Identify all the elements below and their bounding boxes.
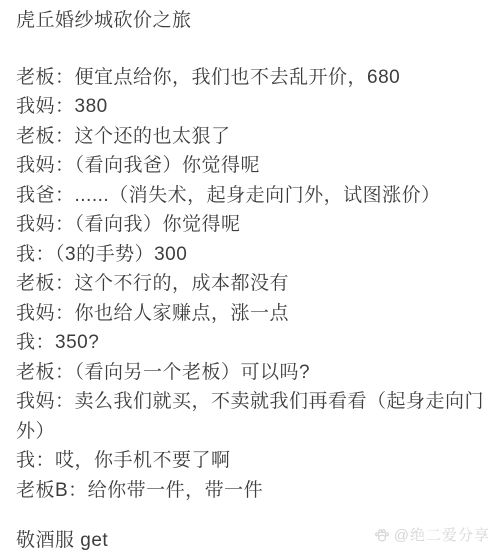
dialogue-line: 我爸：......（消失术，起身走向门外，试图涨价） [16,181,486,211]
dialogue-line: 我妈：（看向我）你觉得呢 [16,210,486,240]
dialogue-line: 我妈：（看向我爸）你觉得呢 [16,151,486,181]
meme-text-page: 虎丘婚纱城砍价之旅 老板：便宜点给你，我们也不去乱开价，680 我妈：380 老… [0,0,500,553]
dialogue-line: 我：哎，你手机不要了啊 [16,446,486,476]
dialogue-block: 老板：便宜点给你，我们也不去乱开价，680 我妈：380 老板：这个还的也太狠了… [16,63,486,506]
page-title: 虎丘婚纱城砍价之旅 [16,6,486,36]
watermark: @绝二爱分享 [374,524,490,545]
dialogue-line: 老板：这个不行的，成本都没有 [16,269,486,299]
dialogue-line: 我：（3的手势）300 [16,240,486,270]
dialogue-line: 老板：（看向另一个老板）可以吗? [16,358,486,388]
paw-icon [374,527,390,543]
watermark-text: @绝二爱分享 [394,524,490,545]
dialogue-line: 我妈：380 [16,92,486,122]
dialogue-line: 我：350? [16,328,486,358]
dialogue-line: 我妈：你也给人家赚点，涨一点 [16,299,486,329]
dialogue-line: 老板：这个还的也太狠了 [16,122,486,152]
dialogue-line: 我妈：卖么我们就买，不卖就我们再看看（起身走向门外） [16,387,486,446]
dialogue-line: 老板：便宜点给你，我们也不去乱开价，680 [16,63,486,93]
dialogue-line: 老板B：给你带一件，带一件 [16,476,486,506]
